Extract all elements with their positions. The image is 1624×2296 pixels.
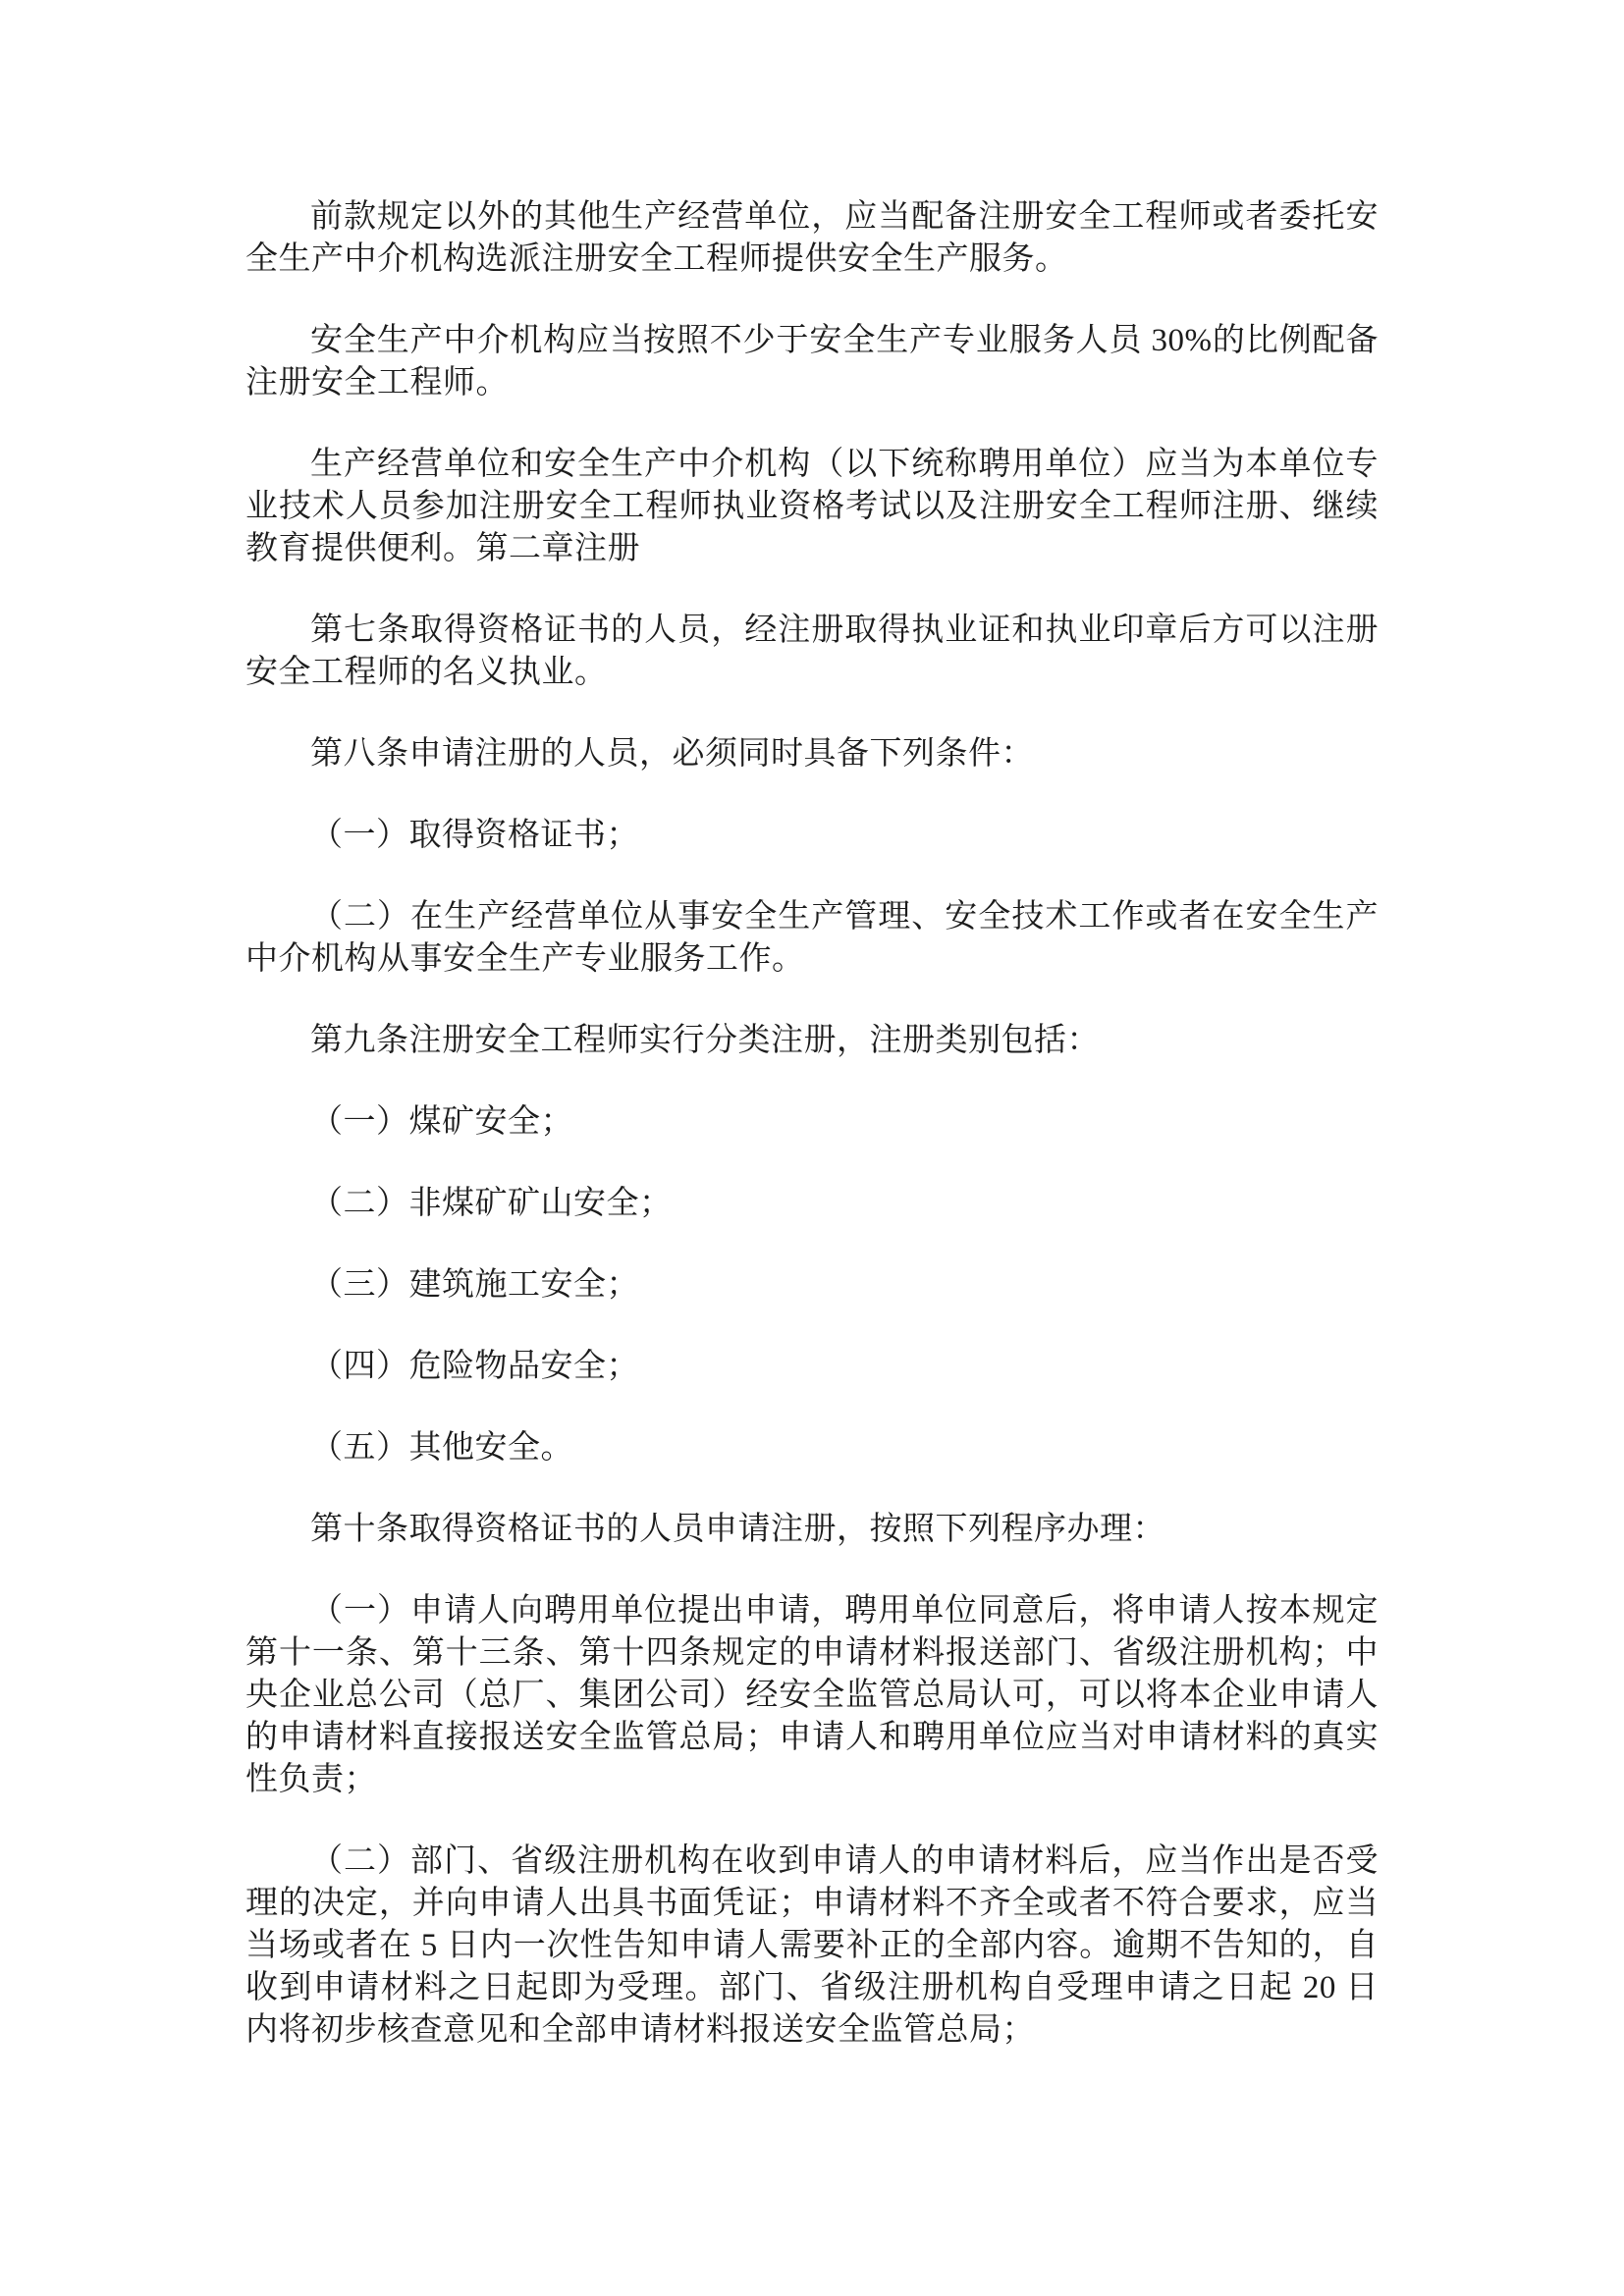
paragraph: （一）煤矿安全； — [245, 1101, 1379, 1144]
paragraph: 安全生产中介机构应当按照不少于安全生产专业服务人员 30%的比例配备注册安全工程… — [245, 320, 1379, 404]
paragraph: （一）申请人向聘用单位提出申请，聘用单位同意后，将申请人按本规定第十一条、第十三… — [245, 1590, 1379, 1801]
paragraph: 第九条注册安全工程师实行分类注册，注册类别包括： — [245, 1020, 1379, 1062]
paragraph: （三）建筑施工安全； — [245, 1264, 1379, 1307]
paragraph: （五）其他安全。 — [245, 1427, 1379, 1469]
document-page: 前款规定以外的其他生产经营单位，应当配备注册安全工程师或者委托安全生产中介机构选… — [0, 0, 1624, 2296]
paragraph: 第八条申请注册的人员，必须同时具备下列条件： — [245, 733, 1379, 775]
paragraph: （一）取得资格证书； — [245, 815, 1379, 857]
paragraph: 生产经营单位和安全生产中介机构（以下统称聘用单位）应当为本单位专业技术人员参加注… — [245, 444, 1379, 570]
paragraph: （二）部门、省级注册机构在收到申请人的申请材料后，应当作出是否受理的决定，并向申… — [245, 1841, 1379, 2052]
paragraph: 第七条取得资格证书的人员，经注册取得执业证和执业印章后方可以注册安全工程师的名义… — [245, 610, 1379, 694]
paragraph: （二）在生产经营单位从事安全生产管理、安全技术工作或者在安全生产中介机构从事安全… — [245, 896, 1379, 981]
paragraph: （四）危险物品安全； — [245, 1346, 1379, 1388]
paragraph: 前款规定以外的其他生产经营单位，应当配备注册安全工程师或者委托安全生产中介机构选… — [245, 196, 1379, 281]
paragraph: （二）非煤矿矿山安全； — [245, 1183, 1379, 1225]
document-body: 前款规定以外的其他生产经营单位，应当配备注册安全工程师或者委托安全生产中介机构选… — [245, 196, 1379, 2052]
paragraph: 第十条取得资格证书的人员申请注册，按照下列程序办理： — [245, 1509, 1379, 1551]
